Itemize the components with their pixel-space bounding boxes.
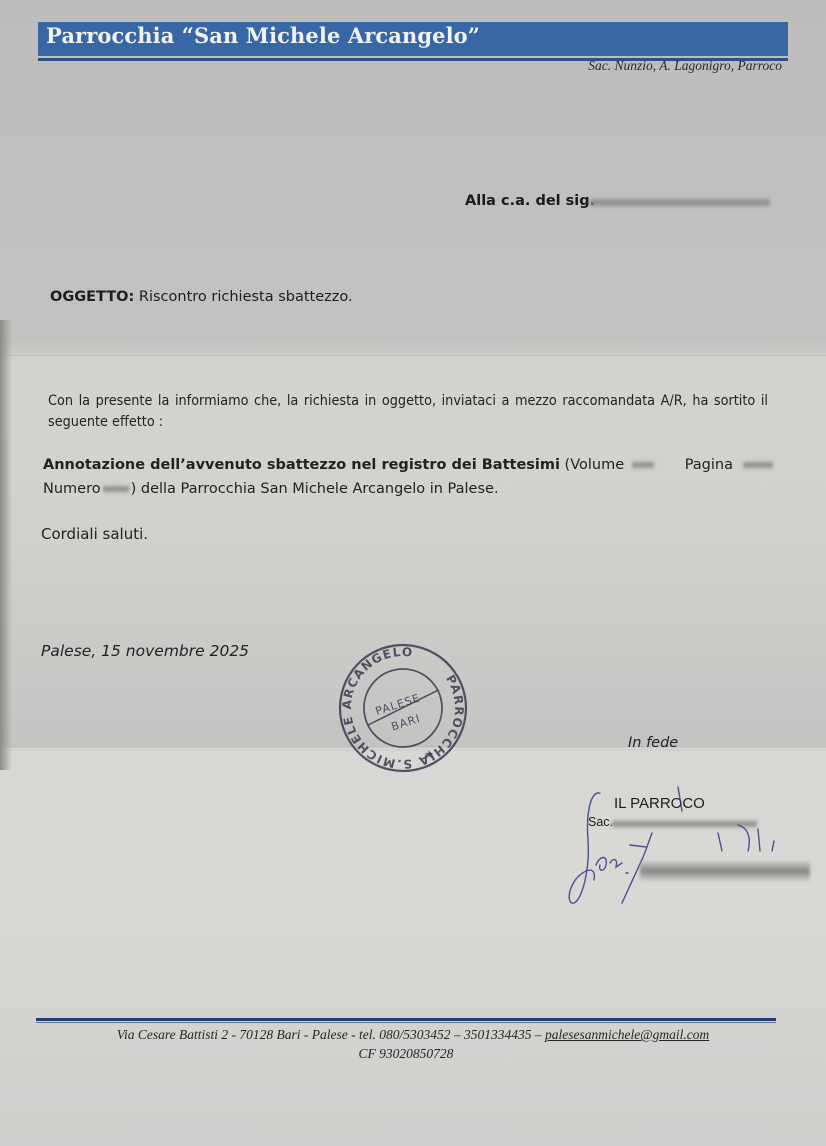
parish-stamp: PARROCCHIA S.MICHELE ARCANGELO PALESE BA… xyxy=(335,640,471,776)
redacted-volume xyxy=(632,460,654,470)
redacted-numero xyxy=(103,484,129,494)
footer-rule-thin xyxy=(36,1022,776,1023)
handwritten-signature xyxy=(560,785,820,925)
svg-text:★: ★ xyxy=(424,748,434,761)
parish-text: ) della Parrocchia San Michele Arcangelo… xyxy=(131,481,499,497)
letter-paper xyxy=(0,0,826,1146)
redacted-addressee-name xyxy=(590,197,770,208)
subject-text: Riscontro richiesta sbattezzo. xyxy=(134,289,352,305)
letterhead-subtitle: Sac. Nunzio, A. Lagonigro, Parroco xyxy=(588,58,782,74)
footer-address: Via Cesare Battisti 2 - 70128 Bari - Pal… xyxy=(0,1027,826,1043)
closing-greeting: Cordiali saluti. xyxy=(41,525,148,543)
volume-label: (Volume xyxy=(560,457,624,473)
footer-email-link[interactable]: palesesanmichele@gmail.com xyxy=(545,1027,709,1042)
body-paragraph-1: Con la presente la informiamo che, la ri… xyxy=(48,391,768,433)
letterhead-title: Parrocchia “San Michele Arcangelo” xyxy=(46,23,480,48)
footer-rule xyxy=(36,1018,776,1021)
body-paragraph-2: Annotazione dell’avvenuto sbattezzo nel … xyxy=(43,453,783,501)
numero-label: Numero xyxy=(43,481,101,497)
addressee-label: Alla c.a. del sig. xyxy=(465,193,595,209)
subject-label: OGGETTO: xyxy=(50,289,134,305)
svg-text:BARI: BARI xyxy=(390,712,423,734)
paper-edge-shadow xyxy=(0,320,12,770)
place-date: Palese, 15 novembre 2025 xyxy=(41,642,249,660)
annotation-bold-text: Annotazione dell’avvenuto sbattezzo nel … xyxy=(43,457,560,473)
pagina-label: Pagina xyxy=(685,457,733,473)
paper-fold-line xyxy=(0,355,826,358)
footer-tax-code: CF 93020850728 xyxy=(0,1046,812,1062)
footer-address-text: Via Cesare Battisti 2 - 70128 Bari - Pal… xyxy=(117,1027,545,1042)
in-fede-text: In fede xyxy=(628,735,678,751)
redacted-signature-name xyxy=(640,860,810,882)
subject-line: OGGETTO: Riscontro richiesta sbattezzo. xyxy=(50,289,353,305)
redacted-pagina xyxy=(743,460,773,470)
